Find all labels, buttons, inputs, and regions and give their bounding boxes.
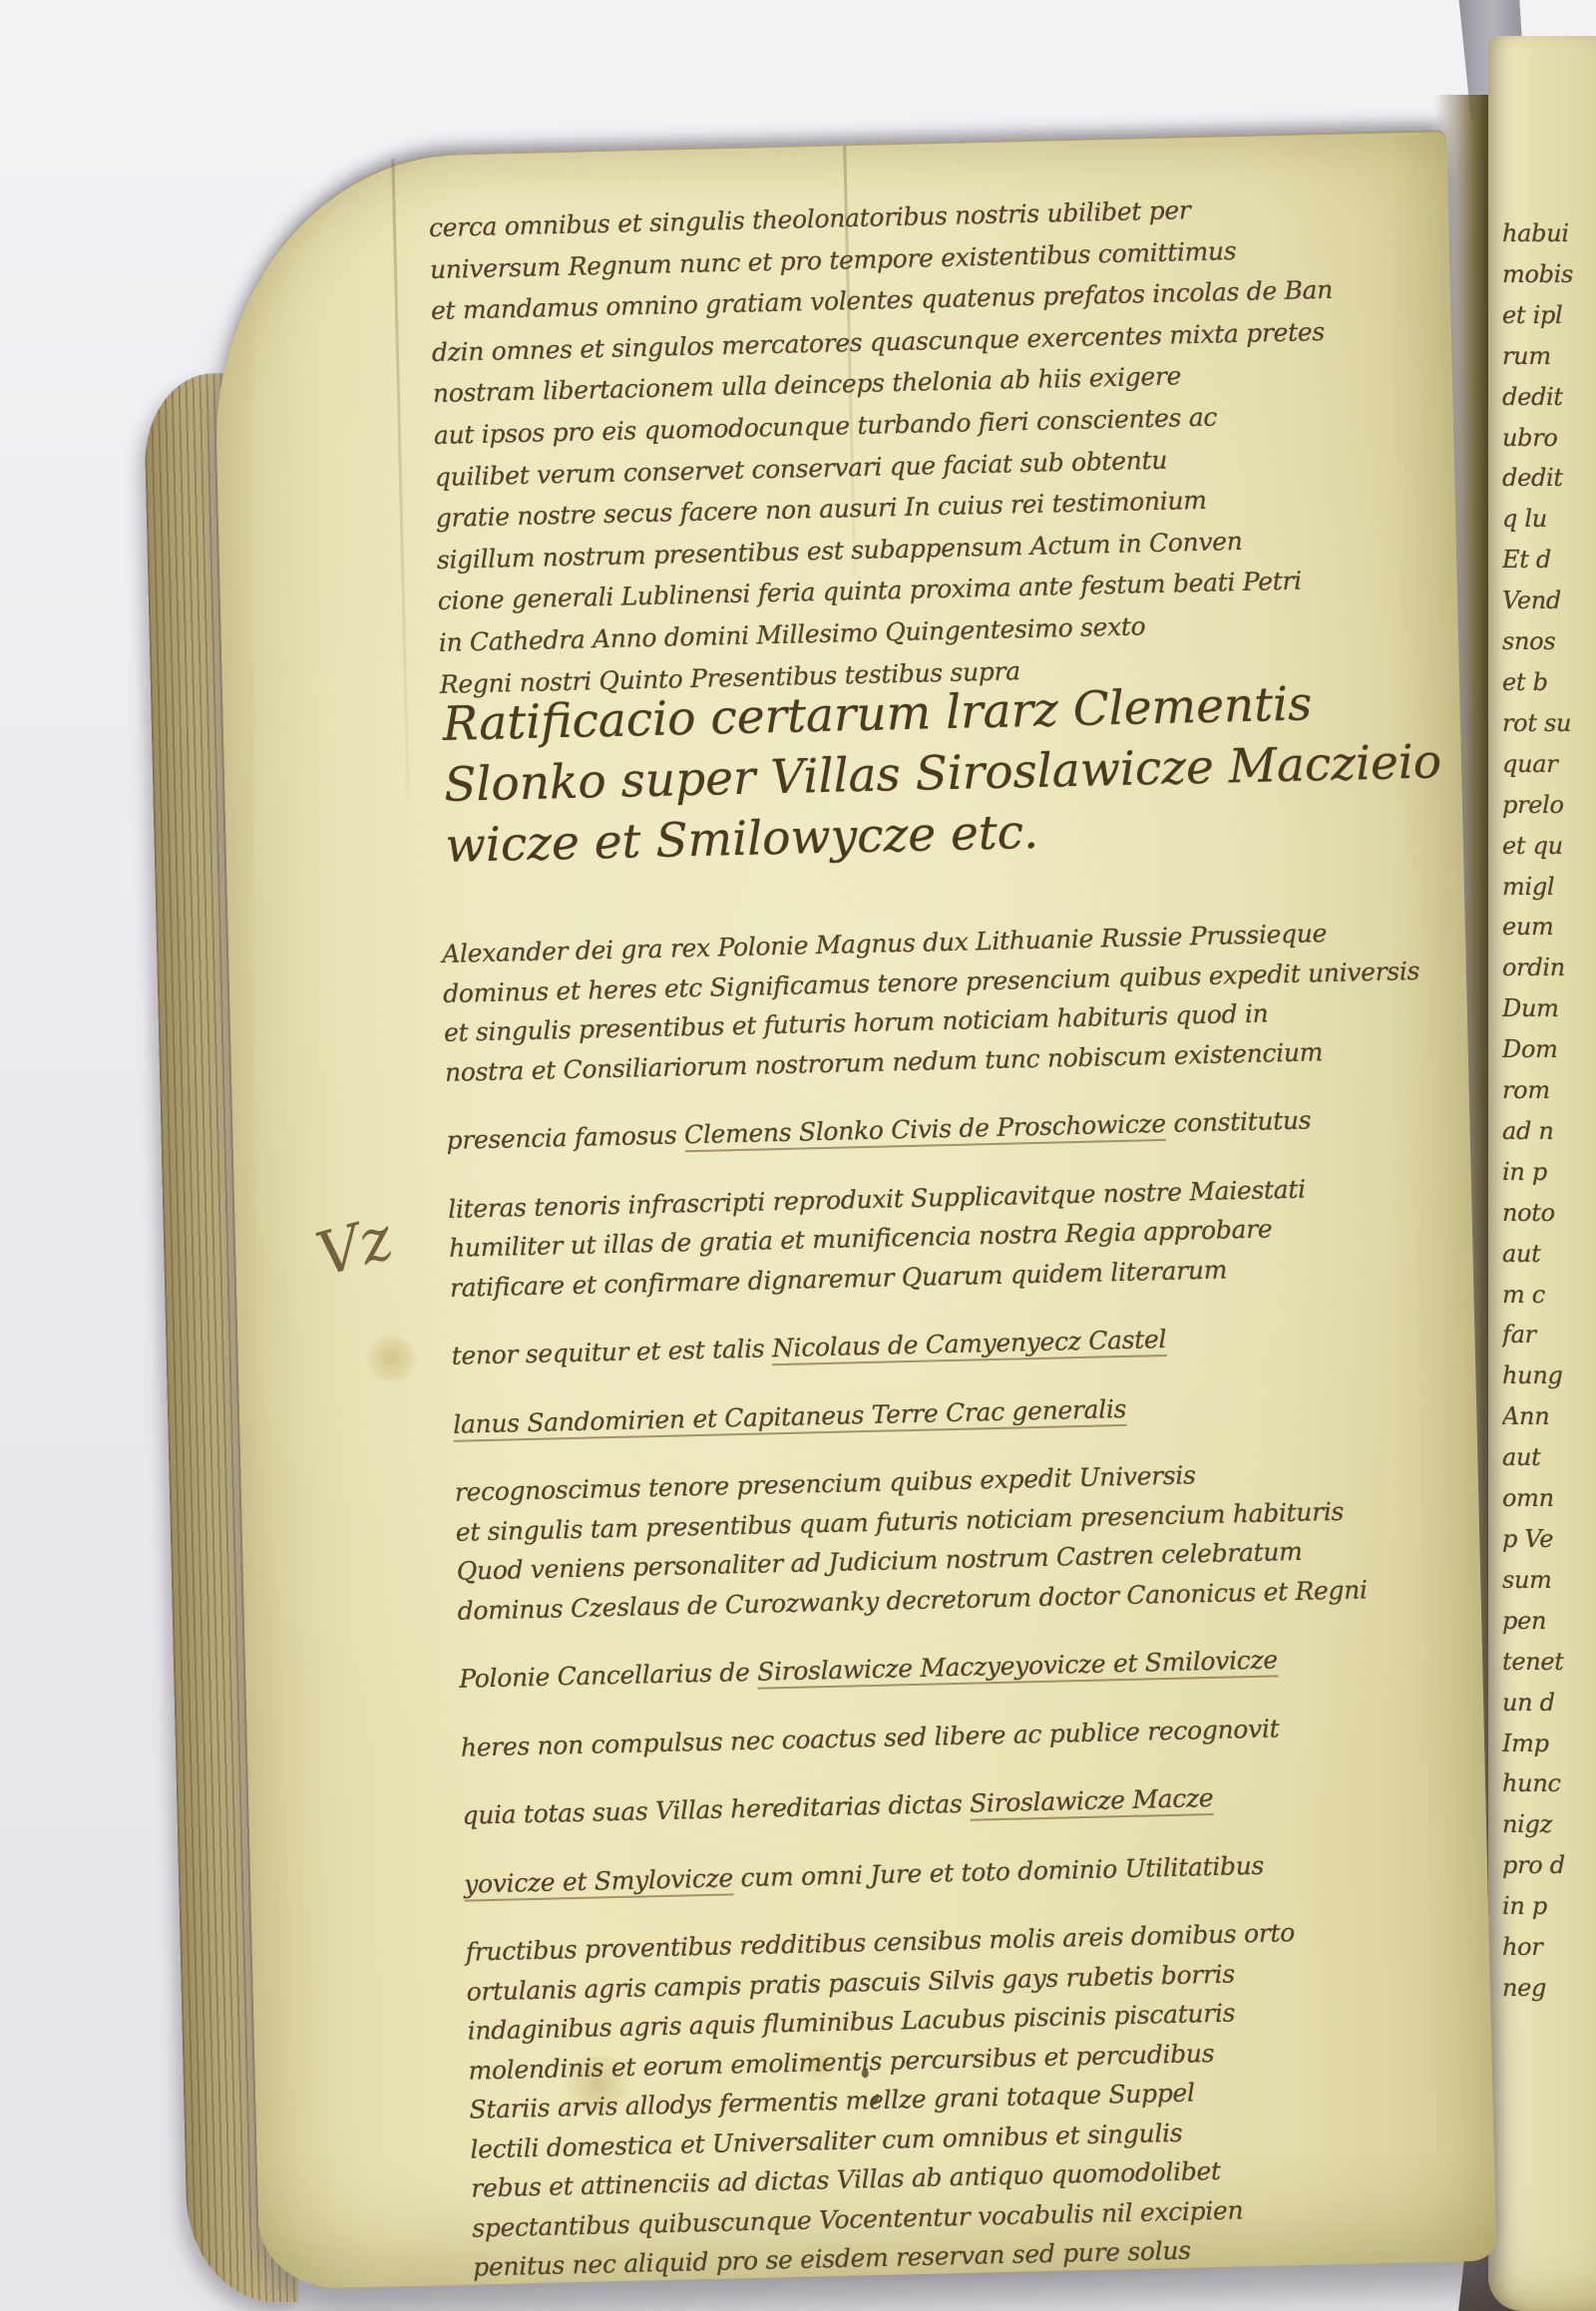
body-line: quia totas suas Villas hereditarias dict… — [462, 1771, 1510, 1835]
body-lines: literas tenoris infrascripti reproduxit … — [448, 1165, 1498, 1308]
stain — [365, 1336, 418, 1382]
body-lines: heres non compulsus nec coactus sed libe… — [460, 1703, 1508, 1766]
previous-entry-text: cerca omnibus et singulis theolonatoribu… — [429, 184, 1477, 705]
underlined-passage: Siroslawicze Macze — [970, 1783, 1214, 1821]
body-line-segment: constitutus — [1165, 1105, 1311, 1137]
recto-text-fragments: habui mobis et ipl rum dedit ubro dedit … — [1502, 213, 1596, 2168]
body-line: lanus Sandomirien et Capitaneus Terre Cr… — [453, 1380, 1501, 1444]
underlined-passage: yovicze et Smylovicze — [464, 1863, 733, 1901]
body-line-segment: presencia famosus — [446, 1120, 684, 1155]
body-line: tenor sequitur et est talis Nicolaus de … — [451, 1312, 1499, 1375]
manuscript-photo: habui mobis et ipl rum dedit ubro dedit … — [0, 0, 1596, 2311]
body-lines: fructibus proventibus redditibus censibu… — [465, 1908, 1520, 2287]
margin-mark: Vz — [310, 1208, 398, 1286]
body-line: yovicze et Smylovicze cum omni Jure et t… — [464, 1839, 1512, 1903]
body-line: Polonie Cancellarius de Siroslawicze Mac… — [459, 1635, 1507, 1699]
entry-body: Alexander dei gra rex Polonie Magnus dux… — [441, 881, 1521, 2311]
underlined-passage: Siroslawicze Maczyeyovicze et Smilovicze — [757, 1645, 1278, 1689]
left-page: cerca omnibus et singulis theolonatoribu… — [209, 130, 1496, 2290]
body-line-segment: Polonie Cancellarius de — [459, 1658, 758, 1694]
body-lines: recognoscimus tenore presencium quibus e… — [454, 1448, 1504, 1631]
underlined-passage: Nicolaus de Camyenyecz Castel — [772, 1325, 1167, 1365]
underlined-passage: Clemens Slonko Civis de Proschowicze — [684, 1109, 1166, 1152]
underlined-passage: lanus Sandomirien et Capitaneus Terre Cr… — [453, 1393, 1127, 1441]
entry-heading: Ratificacio certarum lrarz Clementis Slo… — [442, 669, 1493, 877]
body-lines: Alexander dei gra rex Polonie Magnus dux… — [442, 910, 1492, 1092]
body-line-segment: cum omni Jure et toto dominio Utilitatib… — [733, 1850, 1265, 1892]
body-line: presencia famosus Clemens Slonko Civis d… — [446, 1096, 1494, 1160]
page-crease — [391, 159, 409, 797]
book: cerca omnibus et singulis theolonatoribu… — [209, 130, 1496, 2288]
body-line-segment: tenor sequitur et est talis — [451, 1334, 772, 1370]
body-line-segment: quia totas suas Villas hereditarias dict… — [462, 1789, 970, 1830]
